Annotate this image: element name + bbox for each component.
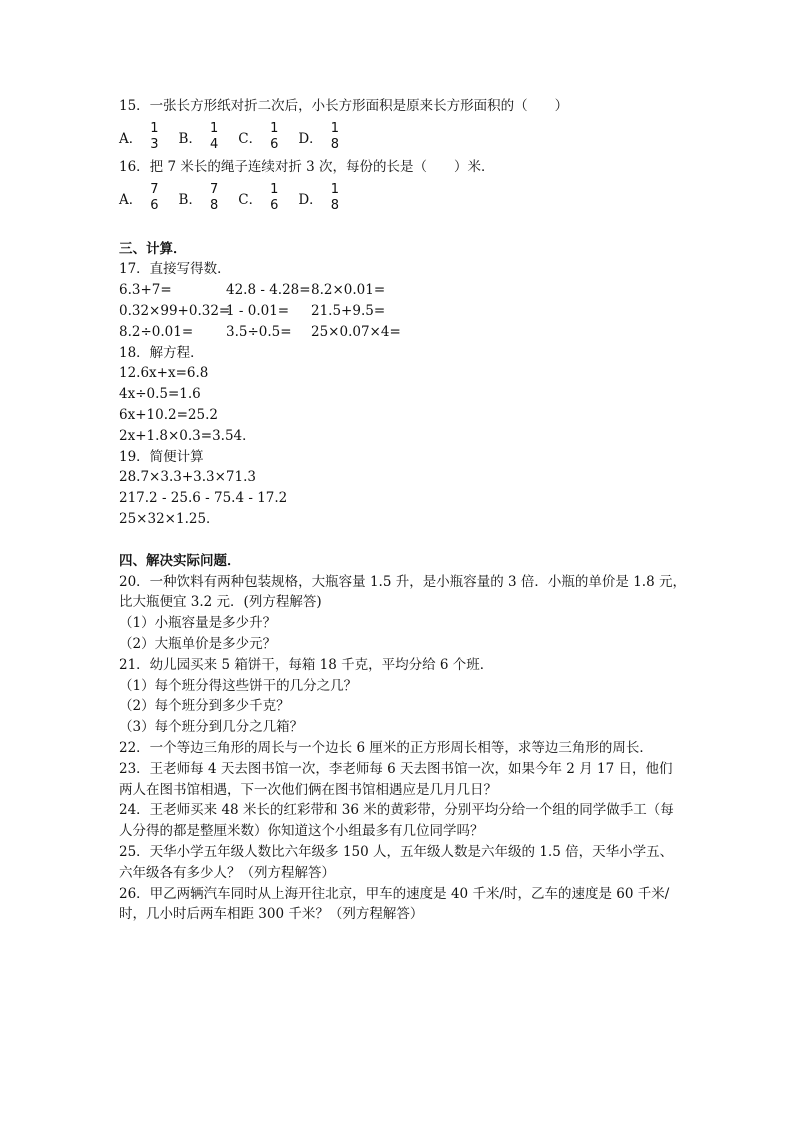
question-26-line-1: 26．甲乙两辆汽车同时从上海开往北京，甲车的速度是 40 千米/时，乙车的速度是… <box>119 884 699 905</box>
fraction: 18 <box>331 182 339 214</box>
question-24-line-1: 24．王老师买来 48 米长的红彩带和 36 米的黄彩带，分别平均分给一个组的同… <box>119 800 699 821</box>
option-a: A． 13 <box>119 121 159 153</box>
expression: 217.2 - 25.6 - 75.4 - 17.2 <box>119 488 699 509</box>
question-25-line-1: 25．天华小学五年级人数比六年级多 150 人，五年级人数是六年级的 1.5 倍… <box>119 842 699 863</box>
sub-question: （2）每个班分到多少千克？ <box>119 696 699 717</box>
sub-question: （3）每个班分到几分之几箱？ <box>119 717 699 738</box>
fraction: 16 <box>270 121 278 153</box>
option-b: B． 14 <box>179 121 219 153</box>
question-22: 22．一个等边三角形的周长与一个边长 6 厘米的正方形周长相等，求等边三角形的周… <box>119 738 699 759</box>
option-d: D． 18 <box>298 121 339 153</box>
worksheet-page: 15．一张长方形纸对折二次后，小长方形面积是原来长方形面积的（ ） A． 13 … <box>119 96 699 925</box>
option-c: C． 16 <box>238 182 278 214</box>
question-15-options: A． 13 B． 14 C． 16 D． 18 <box>119 117 699 157</box>
spacer <box>119 218 699 239</box>
spacer <box>119 530 699 551</box>
fraction: 16 <box>270 182 278 214</box>
equation: 6x+10.2=25.2 <box>119 405 699 426</box>
question-19: 19．简便计算 <box>119 447 699 468</box>
fraction: 14 <box>210 121 218 153</box>
section-4-heading: 四、解决实际问题． <box>119 551 699 572</box>
question-20-line-1: 20．一种饮料有两种包装规格，大瓶容量 1.5 升，是小瓶容量的 3 倍．小瓶的… <box>119 572 699 593</box>
question-23-line-1: 23．王老师每 4 天去图书馆一次，李老师每 6 天去图书馆一次，如果今年 2 … <box>119 759 699 780</box>
question-18: 18．解方程． <box>119 343 699 364</box>
sub-question: （2）大瓶单价是多少元？ <box>119 634 699 655</box>
question-25-line-2: 六年级各有多少人？（列方程解答） <box>119 863 699 884</box>
calc-row: 0.32×99+0.32= 1 - 0.01= 21.5+9.5= <box>119 301 699 322</box>
option-d: D． 18 <box>298 182 339 214</box>
question-24-line-2: 人分得的都是整厘米数）你知道这个小组最多有几位同学吗？ <box>119 821 699 842</box>
equation: 2x+1.8×0.3=3.54． <box>119 426 699 447</box>
sub-question: （1）小瓶容量是多少升？ <box>119 613 699 634</box>
question-21: 21．幼儿园买来 5 箱饼干，每箱 18 千克，平均分给 6 个班． <box>119 655 699 676</box>
question-15: 15．一张长方形纸对折二次后，小长方形面积是原来长方形面积的（ ） <box>119 96 699 117</box>
question-17: 17．直接写得数． <box>119 259 699 280</box>
expression: 28.7×3.3+3.3×71.3 <box>119 467 699 488</box>
option-b: B． 78 <box>179 182 219 214</box>
fraction: 13 <box>150 121 158 153</box>
equation: 4x÷0.5=1.6 <box>119 384 699 405</box>
question-23-line-2: 两人在图书馆相遇，下一次他们俩在图书馆相遇应是几月几日？ <box>119 780 699 801</box>
fraction: 76 <box>150 182 158 214</box>
option-a: A． 76 <box>119 182 159 214</box>
calc-row: 8.2÷0.01= 3.5÷0.5= 25×0.07×4= <box>119 322 699 343</box>
expression: 25×32×1.25． <box>119 509 699 530</box>
calc-row: 6.3+7= 42.8 - 4.28= 8.2×0.01= <box>119 280 699 301</box>
sub-question: （1）每个班分得这些饼干的几分之几？ <box>119 676 699 697</box>
question-20-line-2: 比大瓶便宜 3.2 元．(列方程解答) <box>119 592 699 613</box>
option-c: C． 16 <box>238 121 278 153</box>
equation: 12.6x+x=6.8 <box>119 363 699 384</box>
question-16-options: A． 76 B． 78 C． 16 D． 18 <box>119 178 699 218</box>
section-3-heading: 三、计算． <box>119 239 699 260</box>
fraction: 78 <box>210 182 218 214</box>
question-26-line-2: 时，几小时后两车相距 300 千米？（列方程解答） <box>119 904 699 925</box>
fraction: 18 <box>331 121 339 153</box>
question-16: 16．把 7 米长的绳子连续对折 3 次，每份的长是（ ）米． <box>119 157 699 178</box>
